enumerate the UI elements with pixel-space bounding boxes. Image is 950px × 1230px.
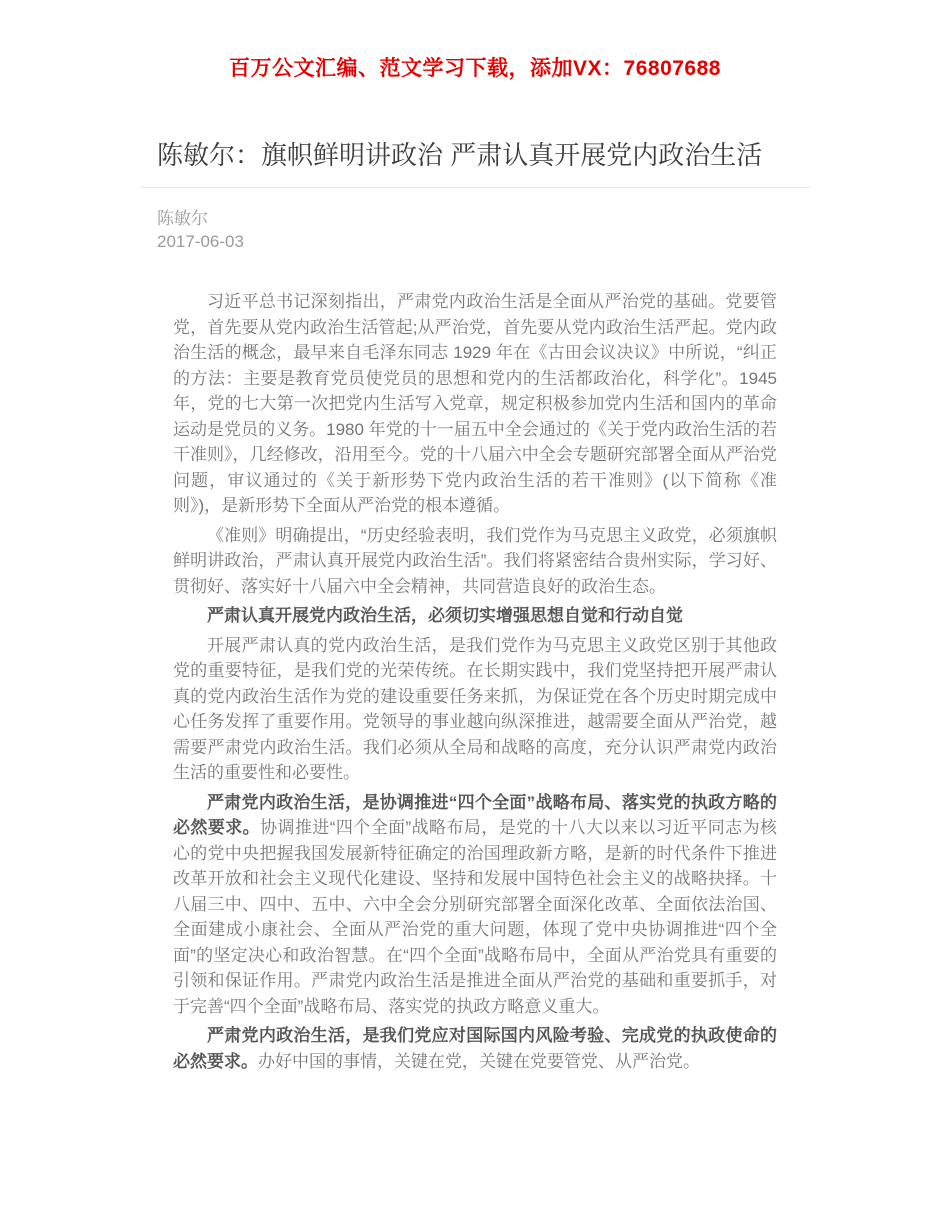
bold-text-run: 严肃认真开展党内政治生活，必须切实增强思想自觉和行动自觉 [207,606,683,625]
paragraph: 开展严肃认真的党内政治生活，是我们党作为马克思主义政党区别于其他政党的重要特征，… [173,633,777,786]
paragraph: 严肃党内政治生活，是我们党应对国际国内风险考验、完成党的执政使命的必然要求。办好… [173,1023,777,1074]
article-body: 习近平总书记深刻指出，严肃党内政治生活是全面从严治党的基础。党要管党，首先要从党… [140,253,810,1074]
paragraph: 严肃党内政治生活，是协调推进“四个全面”战略布局、落实党的执政方略的必然要求。协… [173,790,777,1020]
text-run: 习近平总书记深刻指出，严肃党内政治生活是全面从严治党的基础。党要管党，首先要从党… [173,292,777,515]
document-page: 百万公文汇编、范文学习下载，添加VX：76807688 陈敏尔：旗帜鲜明讲政治 … [0,0,950,1230]
promo-banner: 百万公文汇编、范文学习下载，添加VX：76807688 [0,0,950,82]
paragraph: 严肃认真开展党内政治生活，必须切实增强思想自觉和行动自觉 [173,603,777,629]
text-run: 开展严肃认真的党内政治生活，是我们党作为马克思主义政党区别于其他政党的重要特征，… [173,636,777,783]
article: 陈敏尔：旗帜鲜明讲政治 严肃认真开展党内政治生活 陈敏尔 2017-06-03 … [140,138,810,1074]
text-run: 《准则》明确提出，“历史经验表明，我们党作为马克思主义政党，必须旗帜鲜明讲政治，… [173,526,777,596]
article-author: 陈敏尔 [157,207,793,230]
paragraph: 《准则》明确提出，“历史经验表明，我们党作为马克思主义政党，必须旗帜鲜明讲政治，… [173,523,777,600]
article-title: 陈敏尔：旗帜鲜明讲政治 严肃认真开展党内政治生活 [140,138,810,172]
text-run: 协调推进“四个全面”战略布局，是党的十八大以来以习近平同志为核心的党中央把握我国… [173,818,777,1016]
byline: 陈敏尔 2017-06-03 [140,188,810,253]
text-run: 办好中国的事情，关键在党，关键在党要管党、从严治党。 [258,1052,700,1071]
article-date: 2017-06-03 [157,230,793,253]
paragraph: 习近平总书记深刻指出，严肃党内政治生活是全面从严治党的基础。党要管党，首先要从党… [173,289,777,519]
